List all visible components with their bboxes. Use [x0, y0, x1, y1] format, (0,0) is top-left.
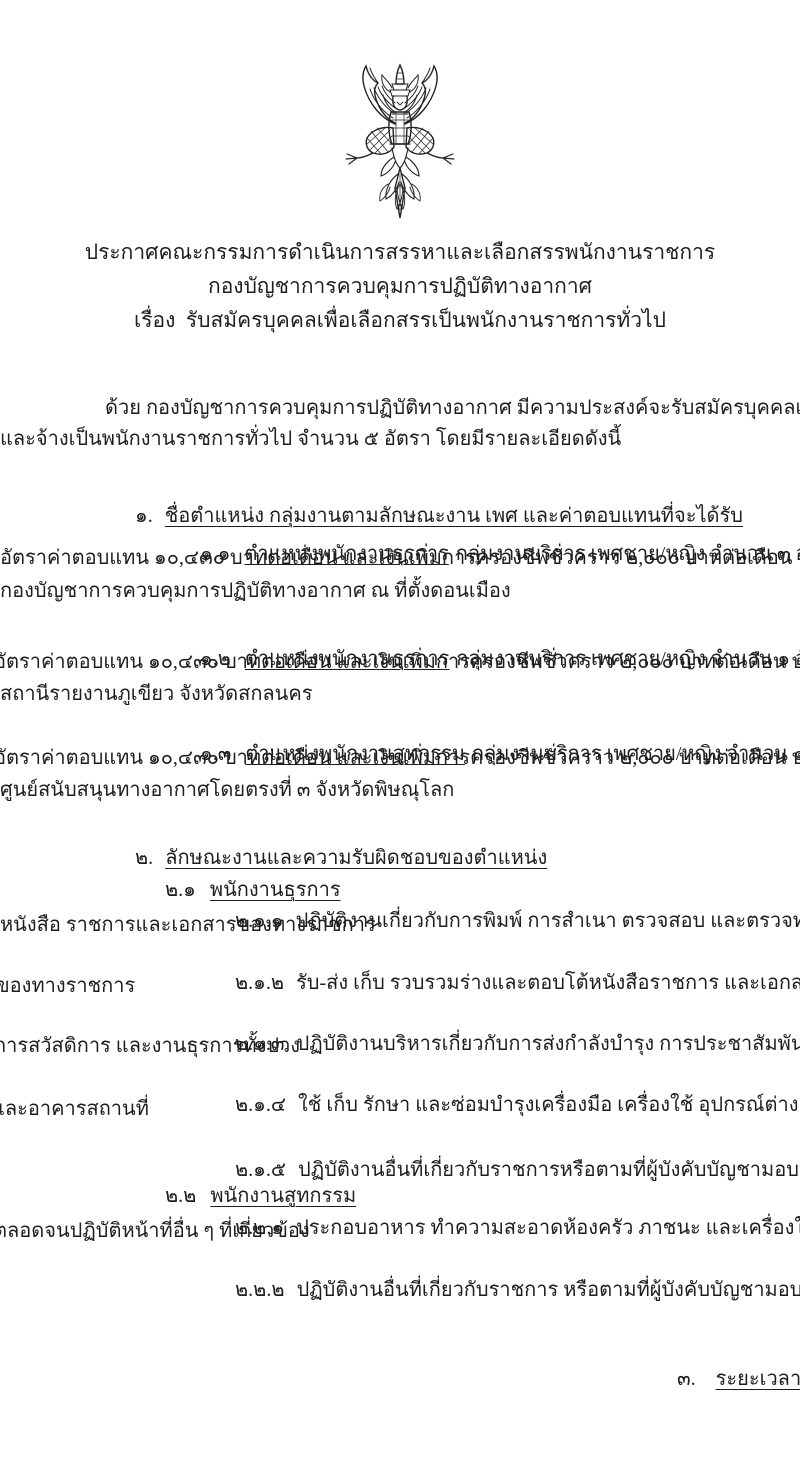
title-line-3: เรื่อง รับสมัครบุคคลเพื่อเลือกสรรเป็นพนั… [0, 306, 800, 334]
document-page: ประกาศคณะกรรมการดำเนินการสรรหาและเลือกสร… [0, 0, 800, 1457]
duty-2-1-4-number: ๒.๑.๔ [235, 1091, 286, 1119]
duty-2-1-5-text: ปฏิบัติงานอื่นที่เกี่ยวกับราชการหรือตามท… [298, 1159, 800, 1181]
duty-2-2-1-cont: ตลอดจนปฏิบัติหน้าที่อื่น ๆ ที่เกี่ยวข้อง [0, 1217, 310, 1245]
title-line-1: ประกาศคณะกรรมการดำเนินการสรรหาและเลือกสร… [0, 238, 800, 266]
intro-line-1: ด้วย กองบัญชาการควบคุมการปฏิบัติทางอากาศ… [105, 394, 800, 422]
duty-2-1-4-text: ใช้ เก็บ รักษา และซ่อมบำรุงเครื่องมือ เค… [298, 1094, 800, 1116]
duty-2-2-2-number: ๒.๒.๒ [235, 1276, 285, 1304]
duty-2-1-2-cont: ของทางราชการ [0, 972, 135, 1000]
duty-2-1-2-number: ๒.๑.๒ [235, 969, 284, 997]
footer-section3-number: ๓. [677, 1365, 696, 1393]
footer-section3: ๓.ระยะเวลาการจ้าง... [657, 1337, 800, 1421]
sub-2-2-number: ๒.๒ [165, 1182, 196, 1210]
duty-2-1-1-cont: หนังสือ ราชการและเอกสารของทางราชการ [0, 911, 376, 939]
duty-2-2-2-text: ปฏิบัติงานอื่นที่เกี่ยวกับราชการ หรือตาม… [297, 1279, 800, 1301]
item-1-1-pay-line: อัตราค่าตอบแทน ๑๐,๔๓๐ บาทต่อเดือน และเงิ… [0, 544, 800, 572]
item-1-1-location-line: กองบัญชาการควบคุมการปฏิบัติทางอากาศ ณ ที… [0, 577, 511, 605]
item-1-3-location-line: ศูนย์สนับสนุนทางอากาศโดยตรงที่ ๓ จังหวัด… [0, 776, 454, 804]
section1-number: ๑. [135, 502, 153, 530]
duty-2-1-3-text: ปฏิบัติงานบริหารเกี่ยวกับการส่งกำลังบำรุ… [297, 1033, 800, 1055]
duty-2-2-2: ๒.๒.๒ปฏิบัติงานอื่นที่เกี่ยวกับราชการ หร… [215, 1248, 800, 1332]
item-1-3-pay-line: อัตราค่าตอบแทน ๑๐,๔๓๐ บาทต่อเดือน และเงิ… [0, 744, 800, 772]
duty-2-2-1-text: ประกอบอาหาร ทำความสะอาดห้องครัว ภาชนะ แล… [296, 1217, 800, 1239]
item-1-2-location-line: สถานีรายงานภูเขียว จังหวัดสกลนคร [0, 680, 312, 708]
item-1-2-pay-line: อัตราค่าตอบแทน ๑๐,๔๓๐ บาทต่อเดือน และเงิ… [0, 648, 800, 676]
footer-section3-title: ระยะเวลาการจ้าง [716, 1368, 800, 1390]
duty-2-1-3-cont: การสวัสดิการ และงานธุรการทั้งปวง [0, 1032, 300, 1060]
sub-2-1-number: ๒.๑ [165, 876, 196, 904]
title-line-2: กองบัญชาการควบคุมการปฏิบัติทางอากาศ [0, 272, 800, 300]
duty-2-1-4-cont: และอาคารสถานที่ [0, 1095, 149, 1123]
duty-2-1-2-text: รับ-ส่ง เก็บ รวบรวมร่างและตอบโต้หนังสือร… [296, 972, 800, 994]
intro-line-2: และจ้างเป็นพนักงานราชการทั่วไป จำนวน ๕ อ… [0, 425, 621, 453]
garuda-emblem [334, 62, 466, 232]
